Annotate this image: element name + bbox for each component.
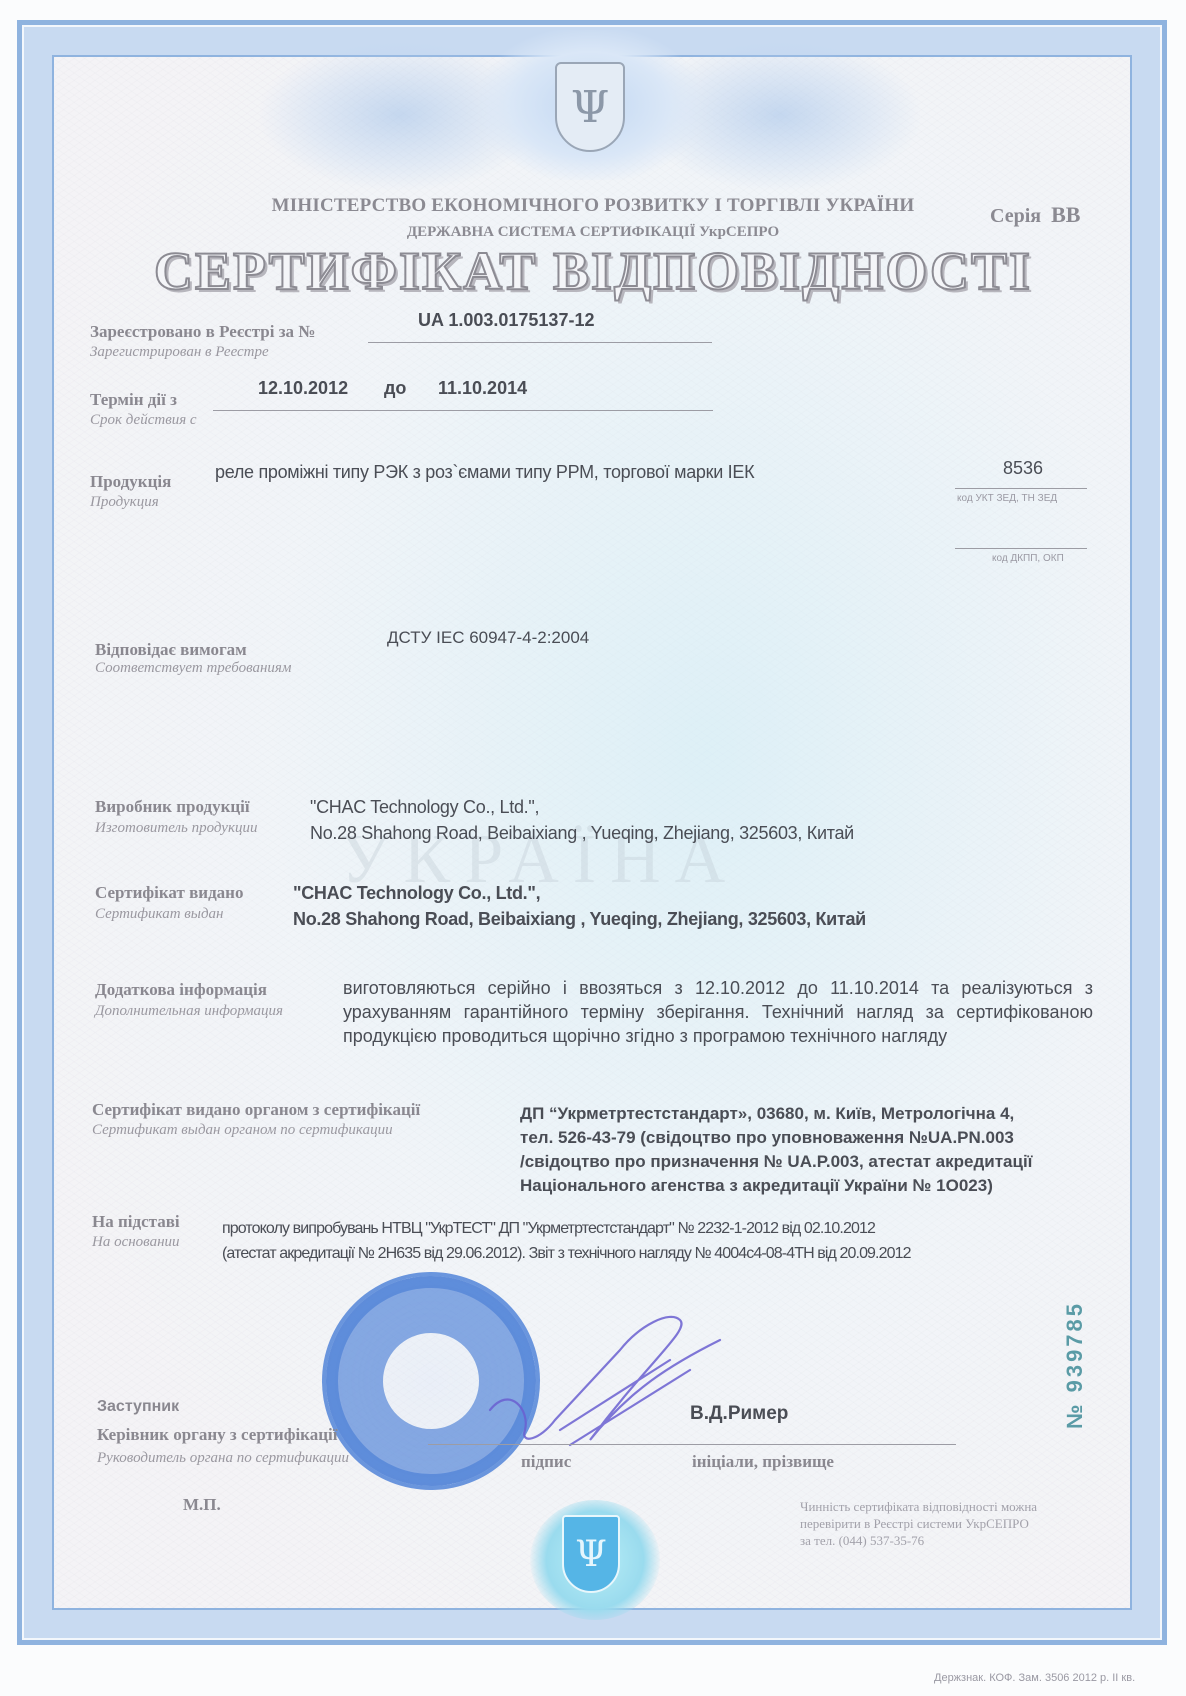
issued-to-name: "CHAC Technology Co., Ltd.",: [293, 883, 540, 904]
validity-label-ua: Термін дії з: [90, 390, 177, 410]
product-label-ua: Продукція: [90, 472, 171, 492]
name-caption: ініціали, прізвище: [692, 1452, 834, 1472]
series: СеріяВВ: [990, 202, 1080, 228]
note-line: за тел. (044) 537-35-76: [800, 1532, 1100, 1549]
series-value: ВВ: [1051, 202, 1080, 227]
cert-body-details: ДП “Укрметртестстандарт», 03680, м. Київ…: [520, 1102, 1100, 1198]
document-title: СЕРТИФІКАТ ВІДПОВІДНОСТІ: [0, 240, 1186, 302]
uktzed-underline: [955, 488, 1087, 489]
cert-body-line: Національного агенства з акредитації Укр…: [520, 1174, 1100, 1198]
dkpp-underline: [955, 548, 1087, 549]
manufacturer-label-ru: Изготовитель продукции: [95, 820, 257, 837]
cert-body-label-ua: Сертифікат видано органом з сертифікації: [92, 1100, 420, 1120]
registration-label-ua: Зареєстровано в Реєстрі за №: [90, 322, 315, 342]
validity-underline: [213, 410, 713, 411]
verification-note: Чинність сертифіката відповідності можна…: [800, 1498, 1100, 1549]
product-description: реле проміжні типу РЭК з роз`ємами типу …: [215, 462, 754, 483]
manufacturer-label-ua: Виробник продукції: [95, 797, 250, 817]
validity-from: 12.10.2012: [258, 378, 348, 399]
signatory-position-2: Керівник органу з сертифікації: [97, 1425, 337, 1445]
signatory-position-ru: Руководитель органа по сертификации: [97, 1450, 349, 1467]
additional-info-text: виготовляються серійно і ввозяться з 12.…: [343, 976, 1093, 1048]
handwritten-signature-icon: [470, 1290, 730, 1460]
uktzed-caption: код УКТ ЗЕД, ТН ЗЕД: [957, 493, 1057, 504]
issued-to-label-ua: Сертифікат видано: [95, 883, 243, 903]
additional-info-label-ua: Додаткова інформація: [95, 980, 267, 1000]
manufacturer-address: No.28 Shahong Road, Beibaixiang , Yueqin…: [310, 823, 854, 844]
validity-to: 11.10.2014: [438, 378, 527, 399]
hologram-coat-of-arms-icon: Ψ: [562, 1515, 620, 1593]
additional-info-label-ru: Дополнительная информация: [95, 1003, 283, 1020]
basis-line-2: (атестат акредитації № 2Н635 від 29.06.2…: [222, 1245, 911, 1263]
basis-line-1: протоколу випробувань НТВЦ "УкрТЕСТ" ДП …: [222, 1220, 875, 1238]
cert-body-line: /свідоцтво про призначення № UA.P.003, а…: [520, 1150, 1100, 1174]
registration-label-ru: Зарегистрирован в Реестре: [90, 344, 269, 361]
trident-coat-of-arms-icon: Ψ: [555, 62, 625, 152]
seal-place-label: М.П.: [183, 1495, 221, 1515]
product-label-ru: Продукция: [90, 494, 159, 511]
cert-body-line: ДП “Укрметртестстандарт», 03680, м. Київ…: [520, 1102, 1100, 1126]
basis-label-ua: На підставі: [92, 1212, 180, 1232]
dkpp-caption: код ДКПП, ОКП: [992, 553, 1064, 564]
validity-label-ru: Срок действия с: [90, 412, 197, 429]
manufacturer-name: "CHAC Technology Co., Ltd.",: [310, 797, 539, 818]
signature-caption: підпис: [521, 1452, 571, 1472]
serial-number: № 939785: [1040, 1270, 1110, 1460]
registration-number: UA 1.003.0175137-12: [418, 310, 594, 331]
requirements-standard: ДСТУ IEC 60947-4-2:2004: [387, 628, 589, 648]
series-label: Серія: [990, 205, 1041, 227]
product-code-uktzed: 8536: [1003, 458, 1043, 479]
signatory-position-1: Заступник: [97, 1398, 179, 1416]
basis-label-ru: На основании: [92, 1234, 180, 1251]
issued-to-address: No.28 Shahong Road, Beibaixiang , Yueqin…: [293, 909, 866, 930]
cert-body-line: тел. 526-43-79 (свідоцтво про уповноваже…: [520, 1126, 1100, 1150]
signatory-name: В.Д.Ример: [690, 1403, 788, 1425]
registration-underline: [368, 342, 712, 343]
requirements-label-ua: Відповідає вимогам: [95, 640, 247, 660]
validity-to-word: до: [384, 378, 406, 399]
cert-body-label-ru: Сертификат выдан органом по сертификации: [92, 1122, 393, 1139]
requirements-label-ru: Соответствует требованиям: [95, 660, 291, 677]
signature-underline: [428, 1444, 956, 1445]
issued-to-label-ru: Сертификат выдан: [95, 906, 223, 923]
note-line: перевірити в Реєстрі системи УкрСЕПРО: [800, 1515, 1100, 1532]
printer-imprint: Держзнак. КОФ. Зам. 3506 2012 р. ІІ кв.: [934, 1672, 1135, 1684]
note-line: Чинність сертифіката відповідності можна: [800, 1498, 1100, 1515]
